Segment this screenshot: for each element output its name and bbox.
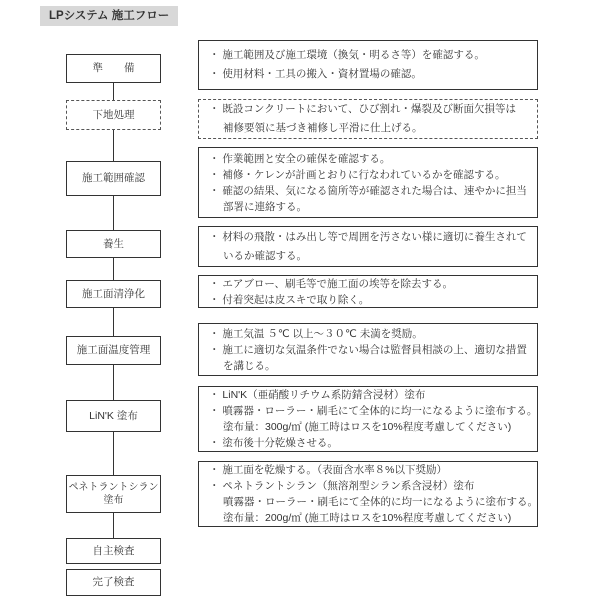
description-surface-cleaning: ・ エアブロー、刷毛等で施工面の埃等を除去する。 ・ 付着突起は皮スキで取り除く… [198, 275, 538, 308]
flow-step-label: ペネトラントシラン 塗布 [69, 481, 159, 507]
description-line: 補修要領に基づき補修し平滑に仕上げる。 [209, 119, 527, 138]
description-line: ・ 施工面を乾燥する。（表面含水率８%以下奨励） [209, 462, 527, 478]
flow-step-label: 下地処理 [93, 109, 135, 122]
description-line: ・ 作業範囲と安全の確保を確認する。 [209, 151, 527, 167]
description-line: 部署に連絡する。 [209, 199, 527, 215]
description-line: ・ 既設コンクリートにおいて、ひび割れ・爆裂及び断面欠損等は [209, 100, 527, 119]
description-line: ・ 確認の結果、気になる箇所等が確認された場合は、速やかに担当 [209, 183, 527, 199]
description-link-application: ・ LiN'K（亜硝酸リチウム系防錆含浸材）塗布 ・ 噴霧器・ローラー・刷毛にて… [198, 386, 538, 452]
flow-step-substrate-treatment: 下地処理 [66, 100, 161, 130]
description-line: を講じる。 [209, 358, 527, 374]
flow-connector [113, 308, 114, 336]
description-surface-temperature-control: ・ 施工気温 ５℃ 以上～３０℃ 未満を奨励。 ・ 施工に適切な気温条件でない場… [198, 323, 538, 376]
description-line: ・ 施工に適切な気温条件でない場合は監督員相談の上、適切な措置 [209, 342, 527, 358]
flow-step-label: 施工面温度管理 [77, 344, 151, 357]
description-line: ・ LiN'K（亜硝酸リチウム系防錆含浸材）塗布 [209, 387, 527, 403]
description-line: ・ 補修・ケレンが計画とおりに行なわれているかを確認する。 [209, 167, 527, 183]
document-page: LPシステム 施工フロー 準 備 下地処理 施工範囲確認 養生 施工面清浄化 施… [0, 0, 600, 600]
description-line: ・ 材料の飛散・はみ出し等で周囲を汚さない様に適切に養生されて [209, 228, 527, 247]
flow-connector [113, 432, 114, 475]
flow-step-label: LiN'K 塗布 [89, 410, 138, 423]
flow-step-label: 養生 [103, 238, 124, 251]
flow-step-self-inspection: 自主検査 [66, 538, 161, 564]
flow-connector [113, 365, 114, 400]
description-line: ・ ペネトラントシラン（無溶剤型シラン系含浸材）塗布 [209, 478, 527, 494]
description-line: ・ 施工範囲及び施工環境（換気・明るさ等）を確認する。 [209, 46, 527, 65]
flow-step-curing: 養生 [66, 230, 161, 258]
flow-step-link-application: LiN'K 塗布 [66, 400, 161, 432]
description-line: ・ 付着突起は皮スキで取り除く。 [209, 292, 527, 308]
description-line: 塗布量：200g/㎡ (施工時はロスを10%程度考慮してください) [209, 510, 527, 526]
flow-step-surface-temperature-control: 施工面温度管理 [66, 336, 161, 365]
flow-step-label: 完了検査 [93, 576, 135, 589]
description-line: 噴霧器・ローラー・刷毛にて全体的に均一になるように塗布する。 [209, 494, 527, 510]
page-title: LPシステム 施工フロー [40, 6, 178, 26]
description-line: ・ 塗布後十分乾燥させる。 [209, 435, 527, 451]
description-substrate-treatment: ・ 既設コンクリートにおいて、ひび割れ・爆裂及び断面欠損等は 補修要領に基づき補… [198, 99, 538, 139]
flow-connector [113, 130, 114, 161]
description-line: いるか確認する。 [209, 247, 527, 266]
flow-step-preparation: 準 備 [66, 54, 161, 83]
flow-connector [113, 513, 114, 538]
flow-step-label: 施工面清浄化 [82, 288, 145, 301]
flow-step-label: 自主検査 [93, 545, 135, 558]
description-preparation: ・ 施工範囲及び施工環境（換気・明るさ等）を確認する。 ・ 使用材料・工具の搬入… [198, 40, 538, 90]
description-line: ・ 噴霧器・ローラー・刷毛にて全体的に均一になるように塗布する。 [209, 403, 527, 419]
description-line: 塗布量：300g/㎡ (施工時はロスを10%程度考慮してください) [209, 419, 527, 435]
flow-connector [113, 196, 114, 230]
flow-connector [113, 258, 114, 280]
description-scope-check: ・ 作業範囲と安全の確保を確認する。 ・ 補修・ケレンが計画とおりに行なわれてい… [198, 147, 538, 218]
description-line: ・ 施工気温 ５℃ 以上～３０℃ 未満を奨励。 [209, 326, 527, 342]
description-curing: ・ 材料の飛散・はみ出し等で周囲を汚さない様に適切に養生されて いるか確認する。 [198, 226, 538, 267]
flow-step-label: 準 備 [93, 62, 135, 75]
flow-step-scope-check: 施工範囲確認 [66, 161, 161, 196]
description-line: ・ 使用材料・工具の搬入・資材置場の確認。 [209, 65, 527, 84]
description-line: ・ エアブロー、刷毛等で施工面の埃等を除去する。 [209, 276, 527, 292]
description-penetrant-silane-application: ・ 施工面を乾燥する。（表面含水率８%以下奨励） ・ ペネトラントシラン（無溶剤… [198, 461, 538, 527]
flow-step-final-inspection: 完了検査 [66, 569, 161, 596]
flow-connector [113, 83, 114, 100]
flow-step-surface-cleaning: 施工面清浄化 [66, 280, 161, 308]
flow-step-label: 施工範囲確認 [82, 172, 145, 185]
flow-step-penetrant-silane-application: ペネトラントシラン 塗布 [66, 475, 161, 513]
